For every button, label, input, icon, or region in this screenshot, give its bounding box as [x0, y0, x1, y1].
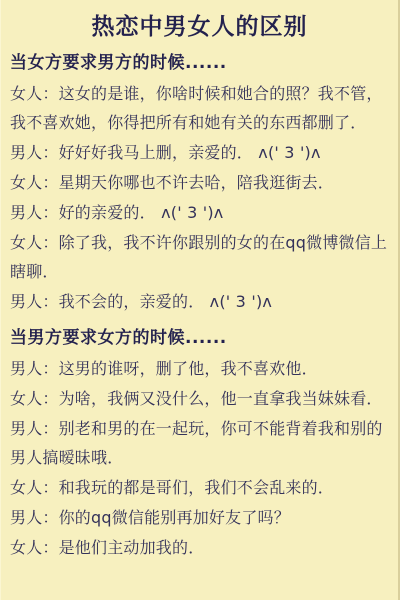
dialog-line-man: 男人：我不会的，亲爱的． ʌ(' 3 ')ʌ — [10, 287, 389, 316]
dialog-line-woman: 女人：这女的是谁，你啥时候和她合的照？我不管，我不喜欢她，你得把所有和她有关的东… — [10, 79, 389, 137]
joke-text-page: 热恋中男女人的区别 当女方要求男方的时候...... 女人：这女的是谁，你啥时候… — [0, 0, 400, 600]
section-man-demands: 当男方要求女方的时候...... 男人：这男的谁呀，删了他，我不喜欢他． 女人：… — [10, 326, 389, 562]
section-woman-demands: 当女方要求男方的时候...... 女人：这女的是谁，你啥时候和她合的照？我不管，… — [10, 51, 389, 316]
dialog-line-man: 男人：你的qq微信能别再加好友了吗？ — [10, 503, 389, 532]
section-header-man-demands: 当男方要求女方的时候...... — [10, 326, 389, 351]
dialog-line-man: 男人：别老和男的在一起玩，你可不能背着我和别的男人搞暧昧哦． — [10, 414, 389, 472]
dialog-line-woman: 女人：除了我，我不许你跟别的女的在qq微博微信上瞎聊． — [10, 228, 389, 286]
section-header-woman-demands: 当女方要求男方的时候...... — [10, 51, 389, 76]
dialog-line-man: 男人：好的亲爱的． ʌ(' 3 ')ʌ — [10, 198, 389, 227]
dialog-line-man: 男人：这男的谁呀，删了他，我不喜欢他． — [10, 354, 389, 383]
dialog-line-woman: 女人：星期天你哪也不许去哈，陪我逛街去． — [10, 168, 389, 197]
dialog-line-man: 男人：好好好我马上删，亲爱的． ʌ(' 3 ')ʌ — [10, 138, 389, 167]
dialog-line-woman: 女人：和我玩的都是哥们，我们不会乱来的． — [10, 473, 389, 502]
dialog-line-woman: 女人：是他们主动加我的． — [10, 533, 389, 562]
dialog-line-woman: 女人：为啥，我俩又没什么，他一直拿我当妹妹看． — [10, 384, 389, 413]
page-title: 热恋中男女人的区别 — [10, 13, 389, 41]
